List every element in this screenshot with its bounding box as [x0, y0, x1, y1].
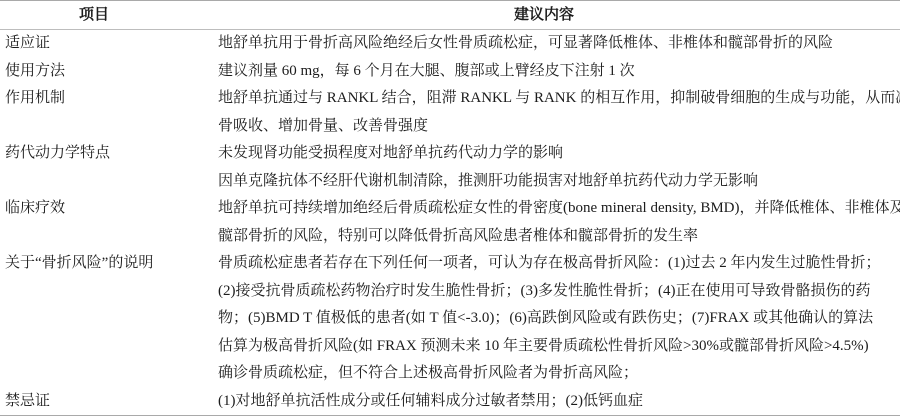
table-row-usage: 使用方法 建议剂量 60 mg，每 6 个月在大腿、腹部或上臂经皮下注射 1 次 — [0, 58, 900, 86]
row-label: 药代动力学特点 — [0, 140, 218, 195]
row-label: 禁忌证 — [0, 388, 218, 416]
column-header-content: 建议内容 — [218, 2, 900, 29]
content-line: (2)接受抗骨质疏松药物治疗时发生脆性骨折；(3)多发性脆性骨折；(4)正在使用… — [218, 278, 900, 306]
table-header-row: 项目 建议内容 — [0, 2, 900, 30]
content-line: 地舒单抗通过与 RANKL 结合，阻滞 RANKL 与 RANK 的相互作用，抑… — [218, 85, 900, 113]
row-content: 地舒单抗用于骨折高风险绝经后女性骨质疏松症，可显著降低椎体、非椎体和髋部骨折的风… — [218, 30, 900, 58]
row-label: 使用方法 — [0, 58, 218, 86]
row-content: 骨质疏松症患者若存在下列任何一项者，可认为存在极高骨折风险：(1)过去 2 年内… — [218, 250, 900, 388]
content-line: 估算为极高骨折风险(如 FRAX 预测未来 10 年主要骨质疏松性骨折风险>30… — [218, 333, 900, 361]
row-label: 关于“骨折风险”的说明 — [0, 250, 218, 388]
row-content: 未发现肾功能受损程度对地舒单抗药代动力学的影响 因单克隆抗体不经肝代谢机制清除，… — [218, 140, 900, 195]
column-header-item: 项目 — [0, 2, 218, 29]
content-line: 物；(5)BMD T 值极低的患者(如 T 值<-3.0)；(6)高跌倒风险或有… — [218, 305, 900, 333]
table-row-indication: 适应证 地舒单抗用于骨折高风险绝经后女性骨质疏松症，可显著降低椎体、非椎体和髋部… — [0, 30, 900, 58]
content-line: 骨质疏松症患者若存在下列任何一项者，可认为存在极高骨折风险：(1)过去 2 年内… — [218, 250, 900, 278]
content-line: 地舒单抗可持续增加绝经后骨质疏松症女性的骨密度(bone mineral den… — [218, 195, 900, 223]
table-row-clinical-efficacy: 临床疗效 地舒单抗可持续增加绝经后骨质疏松症女性的骨密度(bone minera… — [0, 195, 900, 250]
content-line: (1)对地舒单抗活性成分或任何辅料成分过敏者禁用；(2)低钙血症 — [218, 388, 900, 416]
table-row-fracture-risk-note: 关于“骨折风险”的说明 骨质疏松症患者若存在下列任何一项者，可认为存在极高骨折风… — [0, 250, 900, 388]
row-label: 作用机制 — [0, 85, 218, 140]
recommendation-table: 项目 建议内容 适应证 地舒单抗用于骨折高风险绝经后女性骨质疏松症，可显著降低椎… — [0, 0, 900, 416]
content-line: 建议剂量 60 mg，每 6 个月在大腿、腹部或上臂经皮下注射 1 次 — [218, 58, 900, 86]
content-line: 因单克隆抗体不经肝代谢机制清除，推测肝功能损害对地舒单抗药代动力学无影响 — [218, 168, 900, 196]
row-content: 地舒单抗通过与 RANKL 结合，阻滞 RANKL 与 RANK 的相互作用，抑… — [218, 85, 900, 140]
row-content: 地舒单抗可持续增加绝经后骨质疏松症女性的骨密度(bone mineral den… — [218, 195, 900, 250]
table-body: 适应证 地舒单抗用于骨折高风险绝经后女性骨质疏松症，可显著降低椎体、非椎体和髋部… — [0, 30, 900, 415]
table-row-pharmacokinetics: 药代动力学特点 未发现肾功能受损程度对地舒单抗药代动力学的影响 因单克隆抗体不经… — [0, 140, 900, 195]
content-line: 髋部骨折的风险，特别可以降低骨折高风险患者椎体和髋部骨折的发生率 — [218, 223, 900, 251]
content-line: 未发现肾功能受损程度对地舒单抗药代动力学的影响 — [218, 140, 900, 168]
row-content: 建议剂量 60 mg，每 6 个月在大腿、腹部或上臂经皮下注射 1 次 — [218, 58, 900, 86]
table-row-contraindication: 禁忌证 (1)对地舒单抗活性成分或任何辅料成分过敏者禁用；(2)低钙血症 — [0, 388, 900, 416]
row-content: (1)对地舒单抗活性成分或任何辅料成分过敏者禁用；(2)低钙血症 — [218, 388, 900, 416]
content-line: 确诊骨质疏松症，但不符合上述极高骨折风险者为骨折高风险； — [218, 360, 900, 388]
content-line: 骨吸收、增加骨量、改善骨强度 — [218, 113, 900, 141]
content-line: 地舒单抗用于骨折高风险绝经后女性骨质疏松症，可显著降低椎体、非椎体和髋部骨折的风… — [218, 30, 900, 58]
table-row-mechanism: 作用机制 地舒单抗通过与 RANKL 结合，阻滞 RANKL 与 RANK 的相… — [0, 85, 900, 140]
row-label: 临床疗效 — [0, 195, 218, 250]
row-label: 适应证 — [0, 30, 218, 58]
